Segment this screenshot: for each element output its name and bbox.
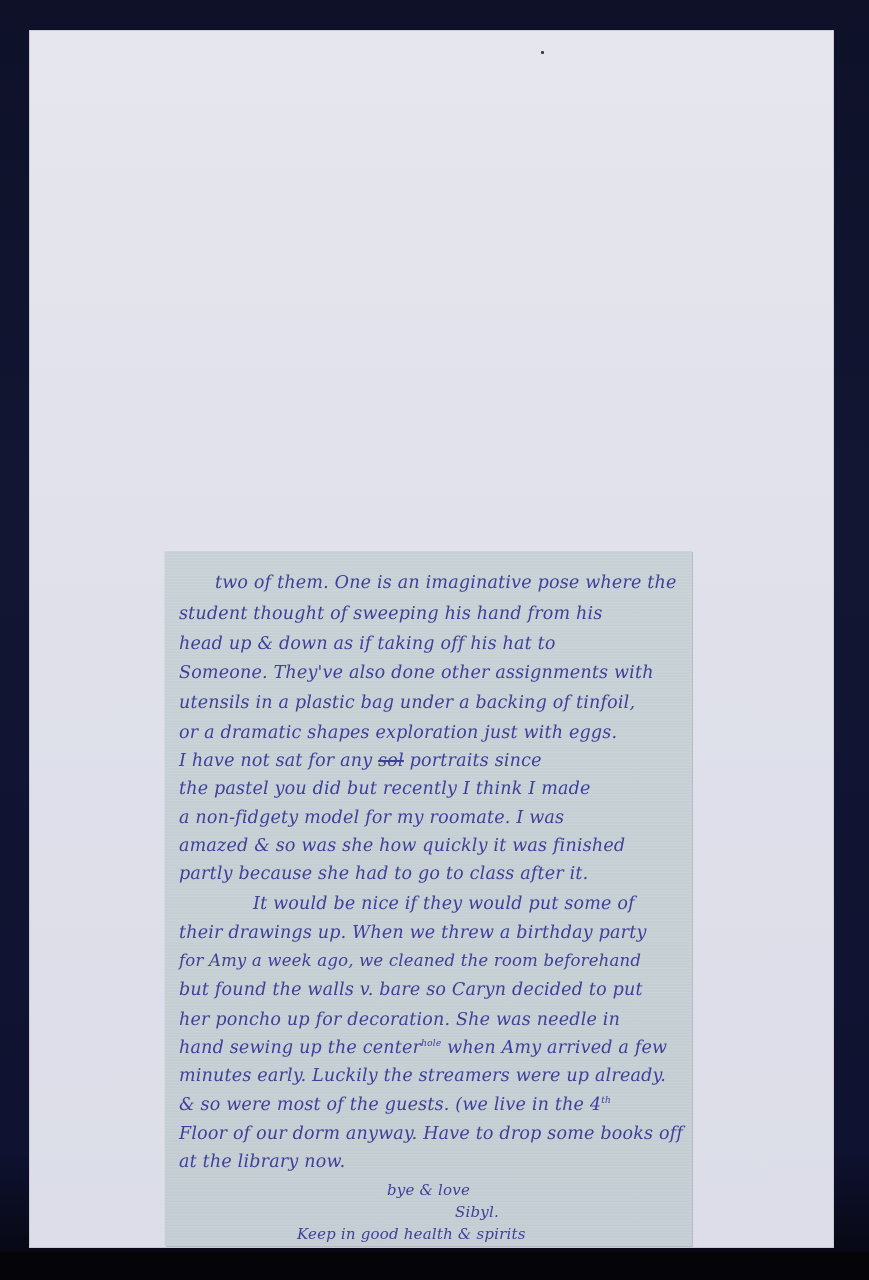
letter-line-6: or a dramatic shapes exploration just wi… [179, 723, 617, 743]
letter-line-12: It would be nice if they would put some … [253, 894, 635, 914]
letter-line-13: their drawings up. When we threw a birth… [179, 923, 647, 943]
letter-line-10: amazed & so was she how quickly it was f… [179, 836, 625, 856]
letter-line-8: the pastel you did but recently I think … [179, 779, 591, 799]
line-17-start: hand sewing up the center [179, 1038, 421, 1058]
line-7-start: I have not sat for any [179, 751, 372, 771]
letter-line-11: partly because she had to go to class af… [179, 864, 588, 884]
mounting-sheet: two of them. One is an imaginative pose … [29, 30, 834, 1248]
letter-line-20: Floor of our dorm anyway. Have to drop s… [179, 1124, 683, 1144]
signature: Sibyl. [455, 1203, 499, 1221]
line-19-text: & so were most of the guests. (we live i… [179, 1095, 601, 1115]
letter-line-17: hand sewing up the centerhole when Amy a… [179, 1038, 667, 1058]
sheet-speck [541, 51, 544, 54]
inserted-word: hole [421, 1039, 441, 1049]
ordinal-suffix: th [601, 1096, 611, 1106]
letter-line-2: student thought of sweeping his hand fro… [179, 604, 603, 624]
closing-phrase: bye & love [387, 1181, 470, 1199]
letter-note-card: two of them. One is an imaginative pose … [165, 551, 692, 1246]
letter-line-3: head up & down as if taking off his hat … [179, 634, 556, 654]
letter-line-18: minutes early. Luckily the streamers wer… [179, 1066, 666, 1086]
letter-line-16: her poncho up for decoration. She was ne… [179, 1010, 620, 1030]
letter-line-7: I have not sat for any sol portraits sin… [179, 751, 542, 771]
line-17-end: when Amy arrived a few [447, 1038, 667, 1058]
letter-line-9: a non-fidgety model for my roomate. I wa… [179, 808, 564, 828]
struck-word: sol [378, 751, 404, 771]
letter-line-21: at the library now. [179, 1152, 345, 1172]
letter-line-19: & so were most of the guests. (we live i… [179, 1095, 611, 1115]
postscript: Keep in good health & spirits [297, 1225, 526, 1243]
bottom-shadow-band [0, 1252, 869, 1280]
letter-line-14: for Amy a week ago, we cleaned the room … [179, 951, 641, 970]
letter-line-1: two of them. One is an imaginative pose … [215, 573, 677, 593]
letter-line-15: but found the walls v. bare so Caryn dec… [179, 980, 643, 1000]
line-7-end: portraits since [410, 751, 542, 771]
letter-line-5: utensils in a plastic bag under a backin… [179, 693, 635, 713]
letter-line-4: Someone. They've also done other assignm… [179, 663, 654, 683]
